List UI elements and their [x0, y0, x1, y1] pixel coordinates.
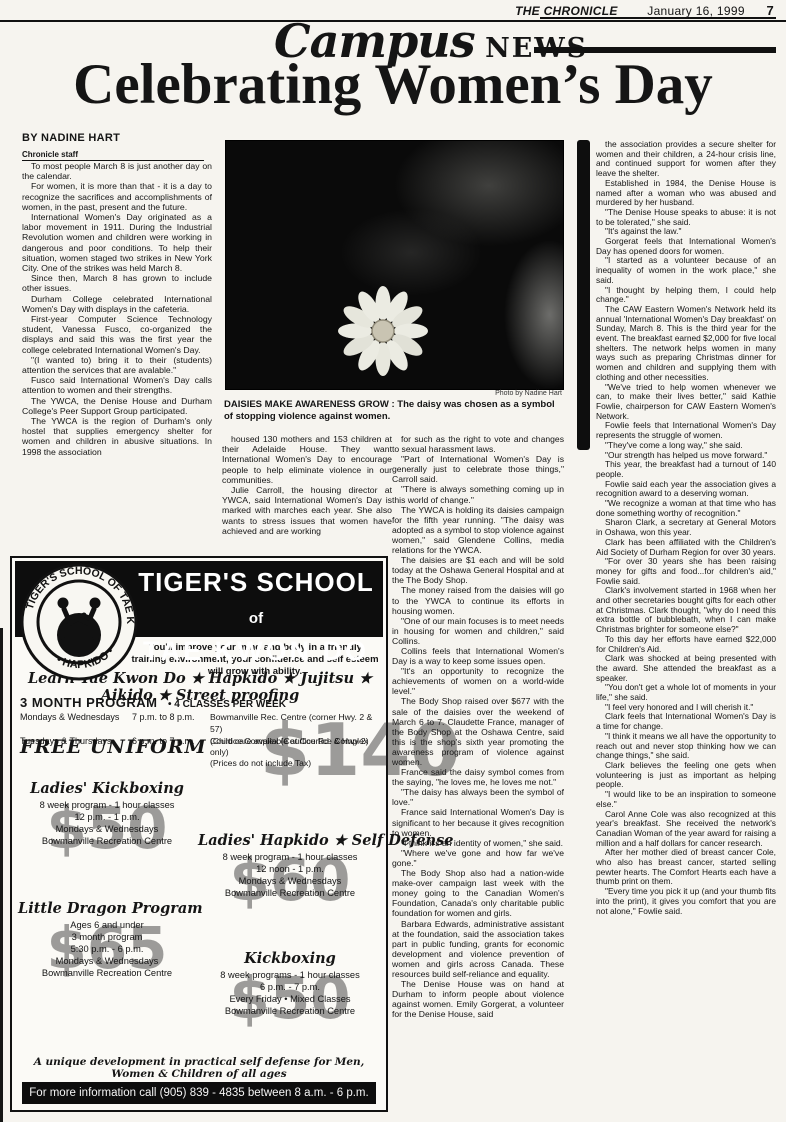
program-ladies-kickboxing: $50 Ladies' Kickboxing 8 week program - …	[18, 780, 196, 847]
paragraph: Barbara Edwards, administrative assistan…	[392, 919, 564, 980]
article-headline: Celebrating Women’s Day	[8, 54, 778, 116]
program-detail: 12 noon - 1 p.m.	[198, 863, 382, 875]
program-ladies-hapkido: $60 Ladies' Hapkido ★ Self Defense 8 wee…	[198, 832, 382, 899]
paragraph: "We recognize a woman at that time who h…	[596, 499, 776, 518]
free-uniform-label: FREE UNIFORM	[20, 736, 207, 758]
byline-role: Chronicle staff	[22, 150, 204, 161]
paragraph: Since then, March 8 has grown to include…	[22, 273, 212, 293]
ad-note: (Prices do not include Tax)	[210, 758, 382, 769]
ad-footer-tagline: A unique development in practical self d…	[16, 1056, 382, 1080]
ad-program-header-main: 3 MONTH PROGRAM	[20, 695, 158, 710]
scan-artifact-edge	[0, 628, 3, 1122]
paragraph: First-year Computer Science Technology s…	[22, 314, 212, 355]
paragraph: "For over 30 years she has been raising …	[596, 557, 776, 586]
paragraph: "It's an opportunity to recognize the ac…	[392, 666, 564, 696]
paragraph: The YWCA is holding its daisies campaign…	[392, 505, 564, 555]
paragraph: Carol Anne Cole was also recognized at t…	[596, 810, 776, 849]
daisy-flower-icon	[337, 285, 429, 377]
paragraph: International Women's Day originated as …	[22, 212, 212, 273]
ad-note: (Child care available at Courtice Comple…	[210, 736, 382, 758]
paragraph: To most people March 8 is just another d…	[22, 161, 212, 181]
ad-program-header: 3 MONTH PROGRAM • 4 CLASSES PER WEEK	[20, 694, 286, 712]
program-detail: Bowmanville Recreation Centre	[18, 967, 196, 979]
tiger-school-logo-icon: TIGER'S SCHOOL OF TAE KWON DO • HAPKIDO …	[20, 563, 138, 681]
paragraph: "You don't get a whole lot of moments in…	[596, 683, 776, 702]
ad-contact-bar: For more information call (905) 839 - 48…	[22, 1082, 376, 1104]
paragraph: "Part of International Women's Day is ge…	[392, 454, 564, 484]
paragraph: Clark feels that International Women's D…	[596, 712, 776, 731]
scan-artifact	[577, 140, 590, 450]
program-detail: 12 p.m. - 1 p.m.	[18, 811, 196, 823]
daisy-photo	[225, 140, 564, 390]
issue-date: January 16, 1999	[647, 4, 745, 18]
paragraph: The YWCA is the region of Durham's only …	[22, 416, 212, 457]
schedule-time: 7 p.m. to 8 p.m.	[132, 711, 210, 735]
paragraph: "(I wanted to) bring it to their (studen…	[22, 355, 212, 375]
paragraph: "I would like to be an inspiration to so…	[596, 790, 776, 809]
byline-author: BY NADINE HART	[22, 132, 212, 144]
paragraph: The CAW Eastern Women's Network held its…	[596, 305, 776, 383]
program-detail: 8 week program - 1 hour classes	[18, 799, 196, 811]
paragraph: the association provides a secure shelte…	[596, 140, 776, 179]
photo-caption: DAISIES MAKE AWARENESS GROW : The daisy …	[224, 399, 564, 422]
paragraph: Established in 1984, the Denise House is…	[596, 179, 776, 208]
program-kickboxing: $50 Kickboxing 8 week programs - 1 hour …	[198, 950, 382, 1017]
article-column-1: To most people March 8 is just another d…	[22, 161, 212, 578]
paragraph: Fusco said International Women's Day cal…	[22, 375, 212, 395]
paragraph: The money raised from the daisies will g…	[392, 585, 564, 615]
paragraph: "We've tried to help women whenever we c…	[596, 383, 776, 422]
program-detail: Mondays & Wednesdays	[18, 823, 196, 835]
program-detail: 5:30 p.m. - 6 p.m.	[18, 943, 196, 955]
program-detail: 6 p.m. - 7 p.m.	[198, 981, 382, 993]
program-little-dragon: $65 Little Dragon Program Ages 6 and und…	[18, 900, 196, 979]
ad-title-of: of	[249, 610, 263, 627]
schedule-days: Mondays & Wednesdays	[20, 711, 132, 735]
paragraph: for such as the right to vote and change…	[392, 434, 564, 454]
paragraph: Durham College celebrated International …	[22, 294, 212, 314]
paragraph: "I thought by helping them, I could help…	[596, 286, 776, 305]
paragraph: This year, the breakfast had a turnout o…	[596, 460, 776, 479]
ad-notes: (Child care available at Courtice Comple…	[210, 736, 382, 769]
paragraph: "I think it means we all have the opport…	[596, 732, 776, 761]
paragraph: "I started as a volunteer because of an …	[596, 256, 776, 285]
byline: BY NADINE HART Chronicle staff	[22, 132, 212, 162]
tae-kwon-do-ad: TIGER'S SCHOOL OF TAE KWON DO • HAPKIDO …	[10, 556, 388, 1112]
paragraph: Gorgerat feels that International Women'…	[596, 237, 776, 256]
paragraph: The Body Shop also had a nation-wide mak…	[392, 868, 564, 918]
newspaper-page: THE CHRONICLE January 16, 1999 7 Campus …	[0, 0, 786, 1122]
paragraph: Fowlie feels that International Women's …	[596, 421, 776, 440]
paragraph: Clark has been affiliated with the Child…	[596, 538, 776, 557]
paragraph: To this day her efforts have earned $22,…	[596, 635, 776, 654]
paragraph: Collins feels that International Women's…	[392, 646, 564, 666]
paragraph: "There is always something coming up in …	[392, 484, 564, 504]
ad-title-line2: TAE KWON DO	[136, 635, 376, 667]
article-column-2-upper: housed 130 mothers and 153 children at t…	[222, 434, 392, 553]
photo-credit: Photo by Nadine Hart	[225, 390, 562, 397]
program-detail: Mondays & Wednesdays	[18, 955, 196, 967]
paragraph: "Where we've gone and how far we've gone…	[392, 848, 564, 868]
page-number: 7	[766, 3, 774, 18]
paragraph: The YWCA, the Denise House and Durham Co…	[22, 396, 212, 416]
paragraph: housed 130 mothers and 153 children at t…	[222, 434, 392, 485]
program-detail: 8 week programs - 1 hour classes	[198, 969, 382, 981]
paragraph: After her mother died of breast cancer C…	[596, 848, 776, 887]
paragraph: "Every time you pick it up (and your thu…	[596, 887, 776, 916]
paragraph: The Denise House was on hand at Durham t…	[392, 979, 564, 1019]
paragraph: Clark's involvement started in 1968 when…	[596, 586, 776, 635]
ad-title: TIGER'S SCHOOL of TAE KWON DO	[136, 566, 376, 667]
program-detail: 3 month program	[18, 931, 196, 943]
paragraph: For women, it is more than that - it is …	[22, 181, 212, 212]
paragraph: Clark believes the feeling one gets when…	[596, 761, 776, 790]
paragraph: Fowlie said each year the association gi…	[596, 480, 776, 499]
paragraph: The daisies are $1 each and will be sold…	[392, 555, 564, 585]
program-detail: Every Friday • Mixed Classes	[198, 993, 382, 1005]
article-column-3: the association provides a secure shelte…	[596, 140, 776, 1118]
program-detail: Mondays & Wednesdays	[198, 875, 382, 887]
paragraph: "The Denise House speaks to abuse: it is…	[596, 208, 776, 227]
program-detail: Bowmanville Recreation Centre	[198, 887, 382, 899]
program-detail: Ages 6 and under	[18, 919, 196, 931]
paragraph: Clark was shocked at being presented wit…	[596, 654, 776, 683]
paragraph: Julie Carroll, the housing director at Y…	[222, 485, 392, 536]
paragraph: "One of our main focuses is to meet need…	[392, 616, 564, 646]
program-detail: 8 week program - 1 hour classes	[198, 851, 382, 863]
program-detail: Bowmanville Recreation Centre	[198, 1005, 382, 1017]
paragraph: Sharon Clark, a secretary at General Mot…	[596, 518, 776, 537]
program-detail: Bowmanville Recreation Centre	[18, 835, 196, 847]
ad-title-line1: TIGER'S SCHOOL	[138, 567, 373, 597]
